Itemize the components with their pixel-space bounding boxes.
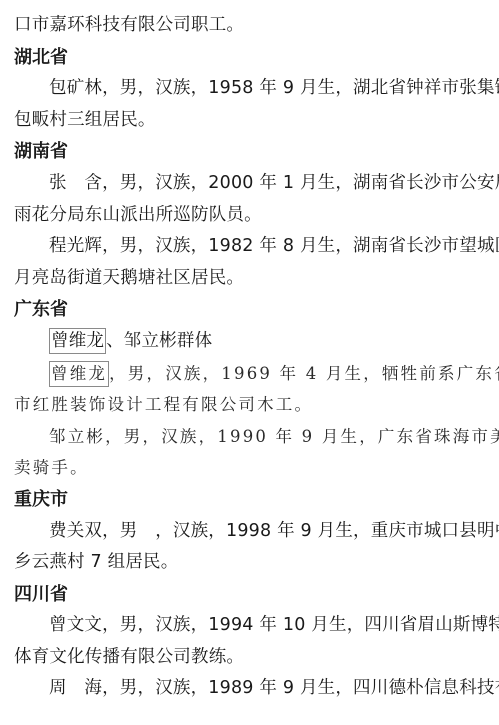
person-entry-zhang-han: 张 含，男，汉族，2000 年 1 月生，湖南省长沙市公安局 (14, 168, 484, 200)
text-line: 包畈村三组居民。 (14, 105, 484, 137)
text-line: 乡云燕村 7 组居民。 (14, 547, 484, 579)
highlighted-name[interactable]: 曾维龙 (49, 328, 106, 354)
document-body: 口市嘉环科技有限公司职工。 湖北省 包矿林，男，汉族，1958 年 9 月生，湖… (14, 10, 484, 705)
person-entry-zeng-weilong: 曾维龙，男，汉族，1969 年 4 月生，牺牲前系广东省珠海 (14, 358, 484, 390)
person-entry-fei-guanshuang: 费关双，男 ，汉族，1998 年 9 月生，重庆市城口县明中 (14, 516, 484, 548)
province-heading-chongqing: 重庆市 (14, 484, 484, 516)
text-line: 体育文化传播有限公司教练。 (14, 642, 484, 674)
province-heading-guangdong: 广东省 (14, 294, 484, 326)
text-line: 口市嘉环科技有限公司职工。 (14, 10, 484, 42)
province-heading-sichuan: 四川省 (14, 579, 484, 611)
group-title-rest: 、邹立彬群体 (106, 331, 212, 351)
province-heading-hunan: 湖南省 (14, 136, 484, 168)
person-entry-cheng-guanghui: 程光辉，男，汉族，1982 年 8 月生，湖南省长沙市望城区 (14, 231, 484, 263)
person-entry-zhou-hai: 周 海，男，汉族，1989 年 9 月生，四川德朴信息科技有 (14, 673, 484, 705)
person-entry-zou-libin: 邹立彬，男，汉族，1990 年 9 月生，广东省珠海市美团外 (14, 421, 484, 453)
highlighted-name[interactable]: 曾维龙 (49, 361, 109, 387)
text-line: 雨花分局东山派出所巡防队员。 (14, 200, 484, 232)
province-heading-hubei: 湖北省 (14, 42, 484, 74)
text-line: 卖骑手。 (14, 452, 484, 484)
text-line: 市红胜装饰设计工程有限公司木工。 (14, 389, 484, 421)
person-entry-zeng-wenwen: 曾文文，男，汉族，1994 年 10 月生，四川省眉山斯博特 (14, 610, 484, 642)
text-line: 月亮岛街道天鹅塘社区居民。 (14, 263, 484, 295)
person-entry-bao-kuanglin: 包矿林，男，汉族，1958 年 9 月生，湖北省钟祥市张集镇 (14, 73, 484, 105)
entry-rest: ，男，汉族，1969 年 4 月生，牺牲前系广东省珠海 (109, 364, 499, 383)
group-title: 曾维龙、邹立彬群体 (14, 326, 484, 358)
